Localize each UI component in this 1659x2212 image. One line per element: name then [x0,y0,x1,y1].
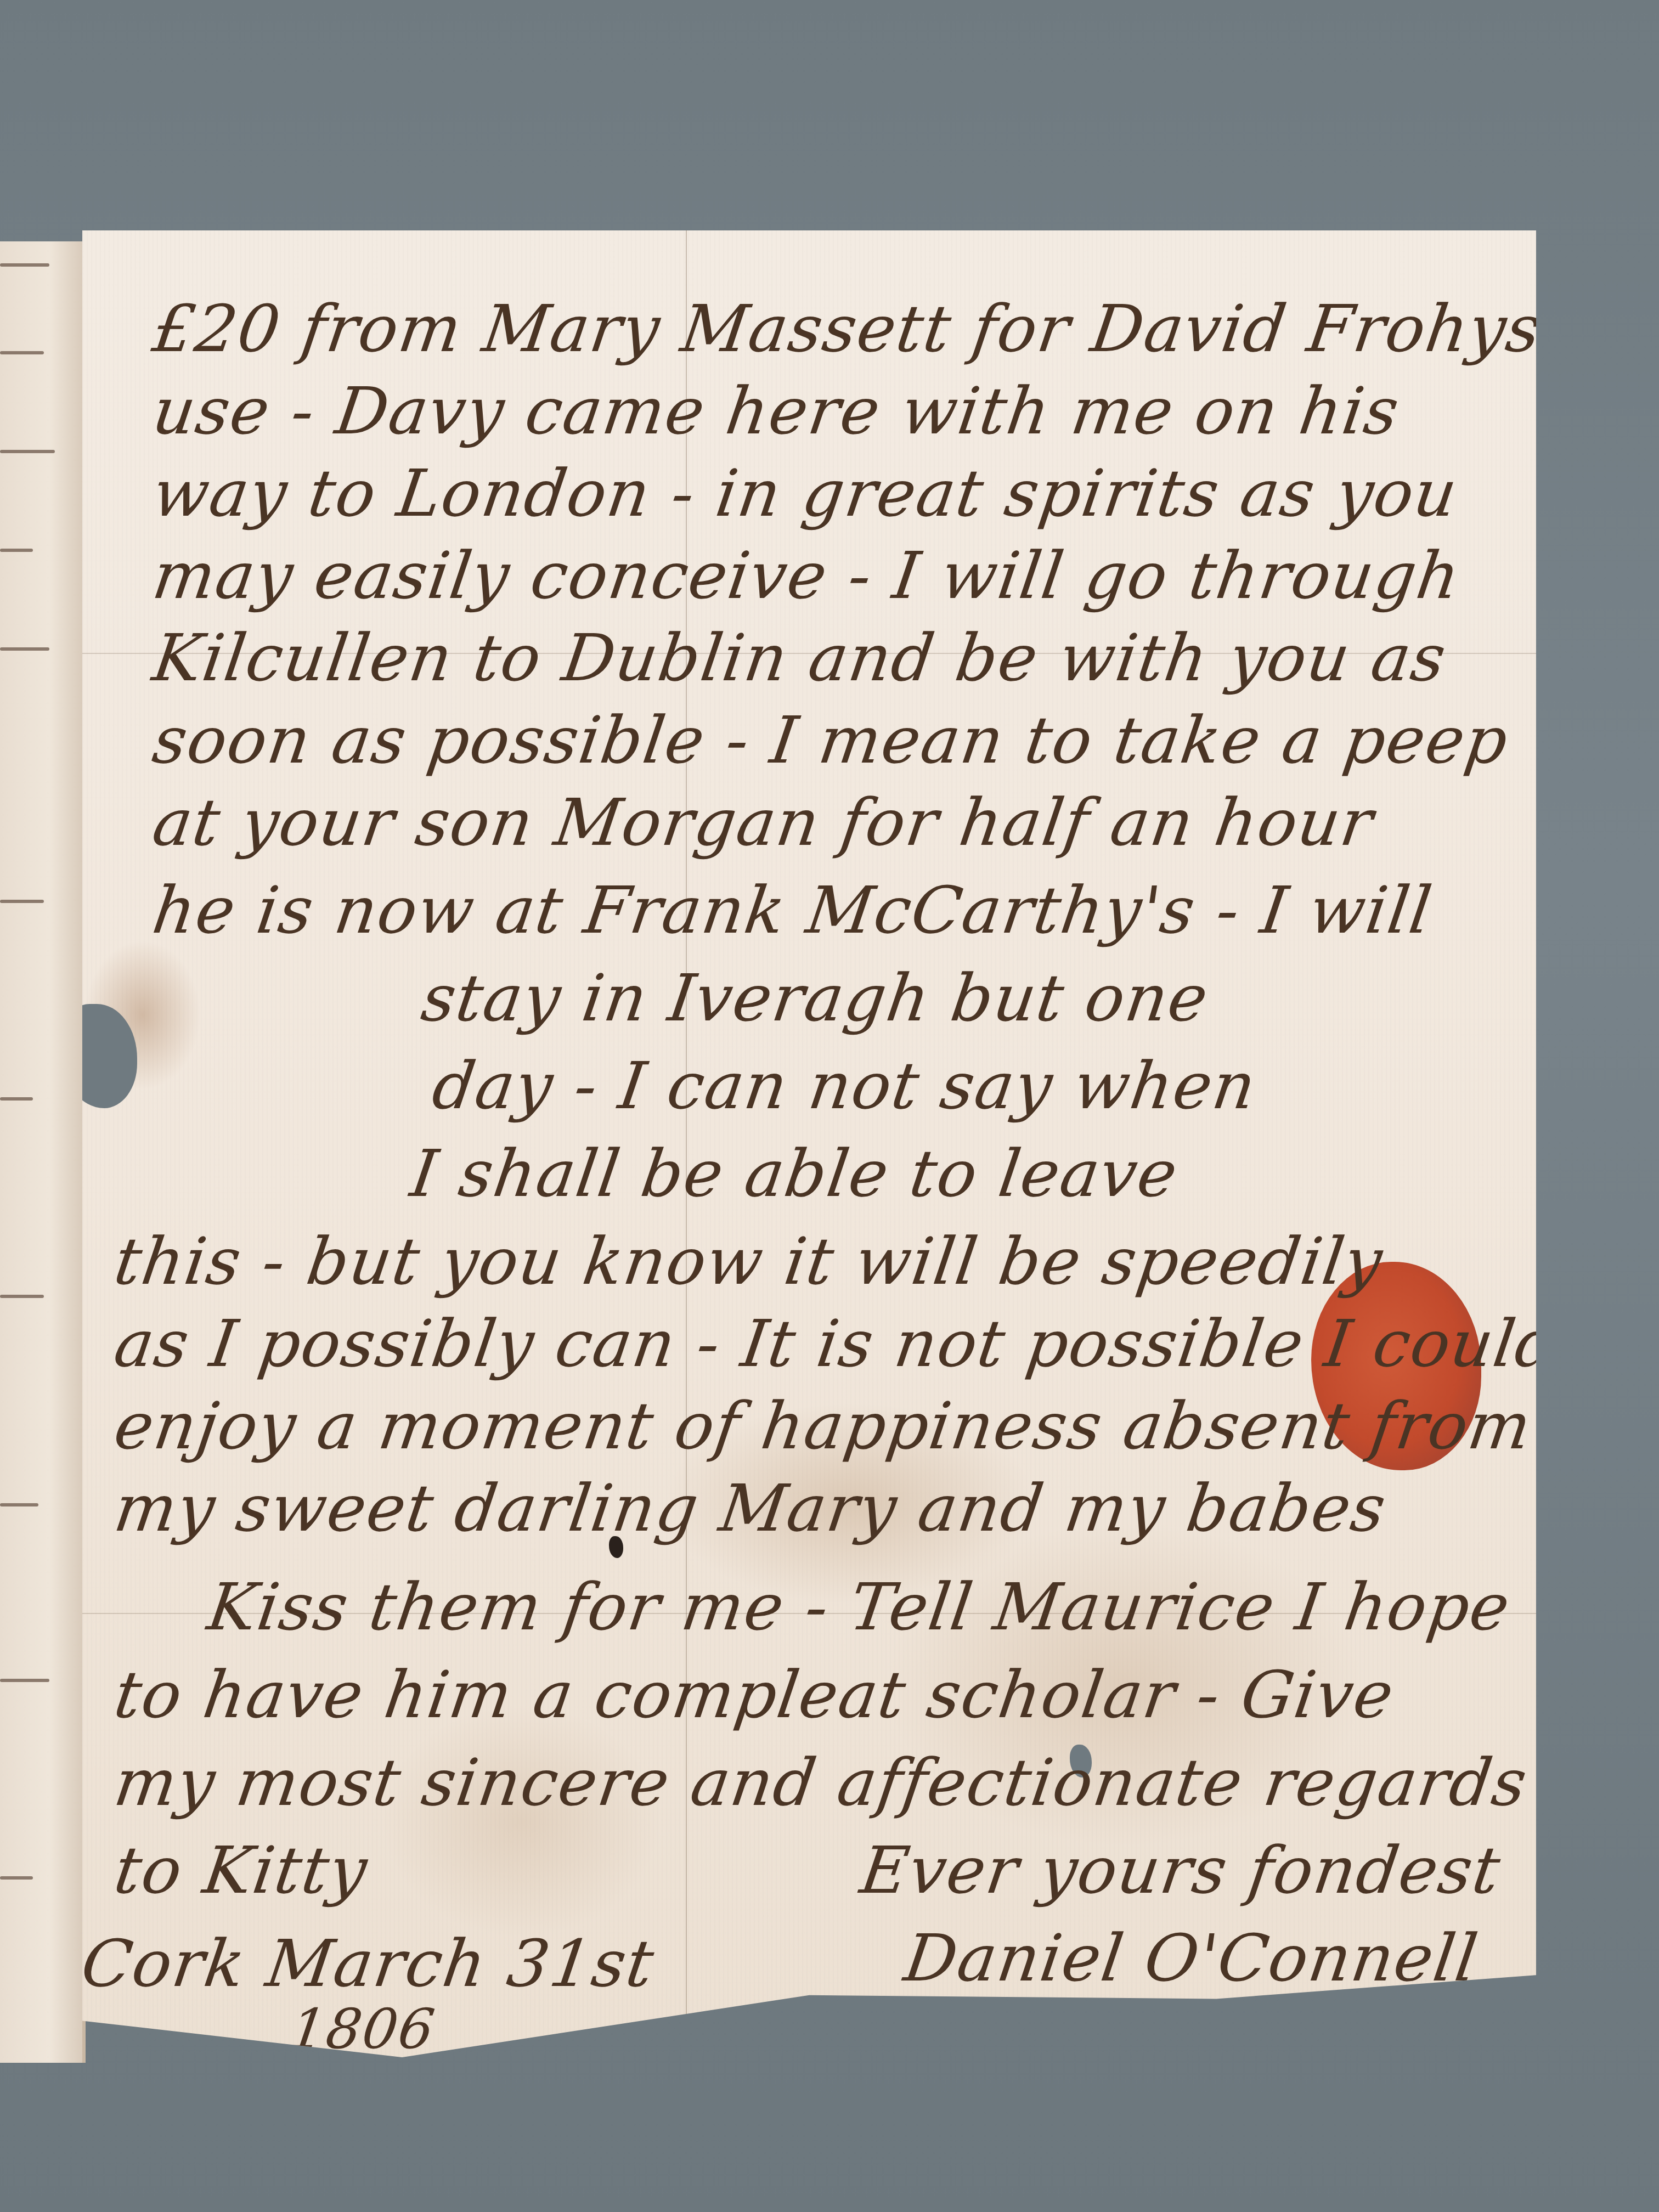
letter-line-19: to Kitty [110,1832,373,1908]
letter-page: £20 from Mary Massett for David Frohys u… [82,230,1536,2057]
letter-line-18: my most sincere and affectionate regards [110,1745,1532,1820]
letter-line-2: use - Davy came here with me on his [148,373,1404,449]
letter-line-12: this - but you know it will be speedily [110,1223,1387,1299]
ink-fragment [0,1295,44,1298]
letter-line-4: may easily conceive - I will go through [148,538,1465,613]
letter-line-5: Kilcullen to Dublin and be with you as [148,620,1451,696]
ink-fragment [0,900,44,903]
letter-closing: Ever yours fondest [856,1832,1505,1908]
letter-line-7: at your son Morgan for half an hour [148,785,1378,860]
ink-fragment [0,450,55,453]
ink-fragment [0,1503,38,1506]
letter-line-16: Kiss them for me - Tell Maurice I hope [203,1569,1515,1645]
letter-line-10: day - I can not say when [428,1048,1261,1124]
ink-fragment [0,1679,49,1682]
letter-line-6: soon as possible - I mean to take a peep [148,702,1513,778]
ink-fragment [0,1876,33,1880]
ink-fragment [0,549,33,552]
letter-signature: Daniel O'Connell [900,1920,1483,1996]
letter-line-9: stay in Iveragh but one [417,960,1213,1036]
letter-line-17: to have him a compleat scholar - Give [110,1657,1399,1733]
letter-place-date: Cork March 31st [77,1926,659,2001]
letter-line-13: as I possibly can - It is not possible I… [110,1306,1564,1381]
letter-year: 1806 [286,1997,439,2061]
ink-fragment [0,1097,33,1101]
facing-page-edge [0,241,86,2063]
ink-fragment [0,647,49,651]
letter-line-14: enjoy a moment of happiness absent from [110,1388,1537,1464]
letter-line-8: he is now at Frank McCarthy's - I will [148,872,1437,948]
ink-fragment [0,351,44,354]
letter-line-3: way to London - in great spirits as you [148,455,1463,531]
letter-line-15: my sweet darling Mary and my babes [110,1470,1391,1546]
letter-line-1: £20 from Mary Massett for David Frohys [148,291,1546,366]
ink-fragment [0,263,49,267]
letter-line-11: I shall be able to leave [406,1136,1183,1211]
